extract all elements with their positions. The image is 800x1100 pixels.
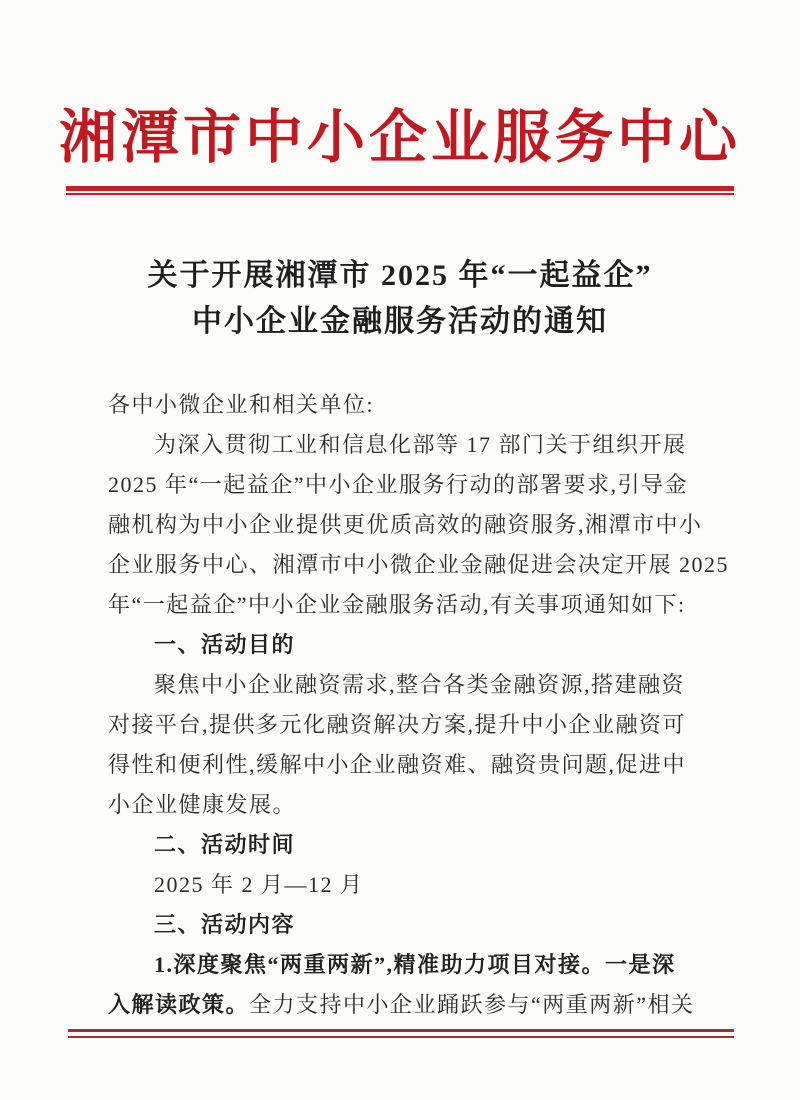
body-line: 对接平台,提供多元化融资解决方案,提升中小企业融资可 [108, 705, 698, 745]
body-line: 各中小微企业和相关单位: [108, 385, 698, 425]
footer-rule [68, 1029, 734, 1038]
body-line: 为深入贯彻工业和信息化部等 17 部门关于组织开展 [108, 425, 698, 465]
body-line: 入解读政策。全力支持中小企业踊跃参与“两重两新”相关 [108, 985, 698, 1025]
body-line: 二、活动时间 [108, 825, 698, 865]
body-run-bold: 入解读政策。 [108, 992, 249, 1017]
letterhead-rule-thick [66, 186, 734, 191]
letterhead-org-name: 湘潭市中小企业服务中心 [0, 94, 800, 182]
document-title-line2: 中小企业金融服务活动的通知 [0, 299, 800, 345]
document-body: 各中小微企业和相关单位:为深入贯彻工业和信息化部等 17 部门关于组织开展202… [108, 385, 698, 1025]
body-line: 1.深度聚焦“两重两新”,精准助力项目对接。一是深 [108, 945, 698, 985]
body-line: 2025 年 2 月—12 月 [108, 865, 698, 905]
document-page: 湘潭市中小企业服务中心 关于开展湘潭市 2025 年“一起益企” 中小企业金融服… [0, 0, 800, 1100]
body-line: 企业服务中心、湘潭市中小微企业金融促进会决定开展 2025 [108, 545, 698, 585]
letterhead: 湘潭市中小企业服务中心 [0, 0, 800, 195]
body-line: 小企业健康发展。 [108, 785, 698, 825]
body-line: 三、活动内容 [108, 905, 698, 945]
body-line: 聚焦中小企业融资需求,整合各类金融资源,搭建融资 [108, 665, 698, 705]
body-line: 一、活动目的 [108, 625, 698, 665]
letterhead-rule-thin [66, 193, 734, 195]
document-title: 关于开展湘潭市 2025 年“一起益企” 中小企业金融服务活动的通知 [0, 253, 800, 345]
document-title-line1: 关于开展湘潭市 2025 年“一起益企” [0, 253, 800, 299]
body-line: 融机构为中小企业提供更优质高效的融资服务,湘潭市中小 [108, 505, 698, 545]
body-line: 得性和便利性,缓解中小企业融资难、融资贵问题,促进中 [108, 745, 698, 785]
body-line: 年“一起益企”中小企业金融服务活动,有关事项通知如下: [108, 585, 698, 625]
letterhead-rule [66, 186, 734, 195]
footer-rule-line1 [68, 1029, 734, 1032]
body-line: 2025 年“一起益企”中小企业服务行动的部署要求,引导金 [108, 465, 698, 505]
footer-rule-line2 [68, 1036, 734, 1039]
body-run: 全力支持中小企业踊跃参与“两重两新”相关 [249, 992, 695, 1017]
